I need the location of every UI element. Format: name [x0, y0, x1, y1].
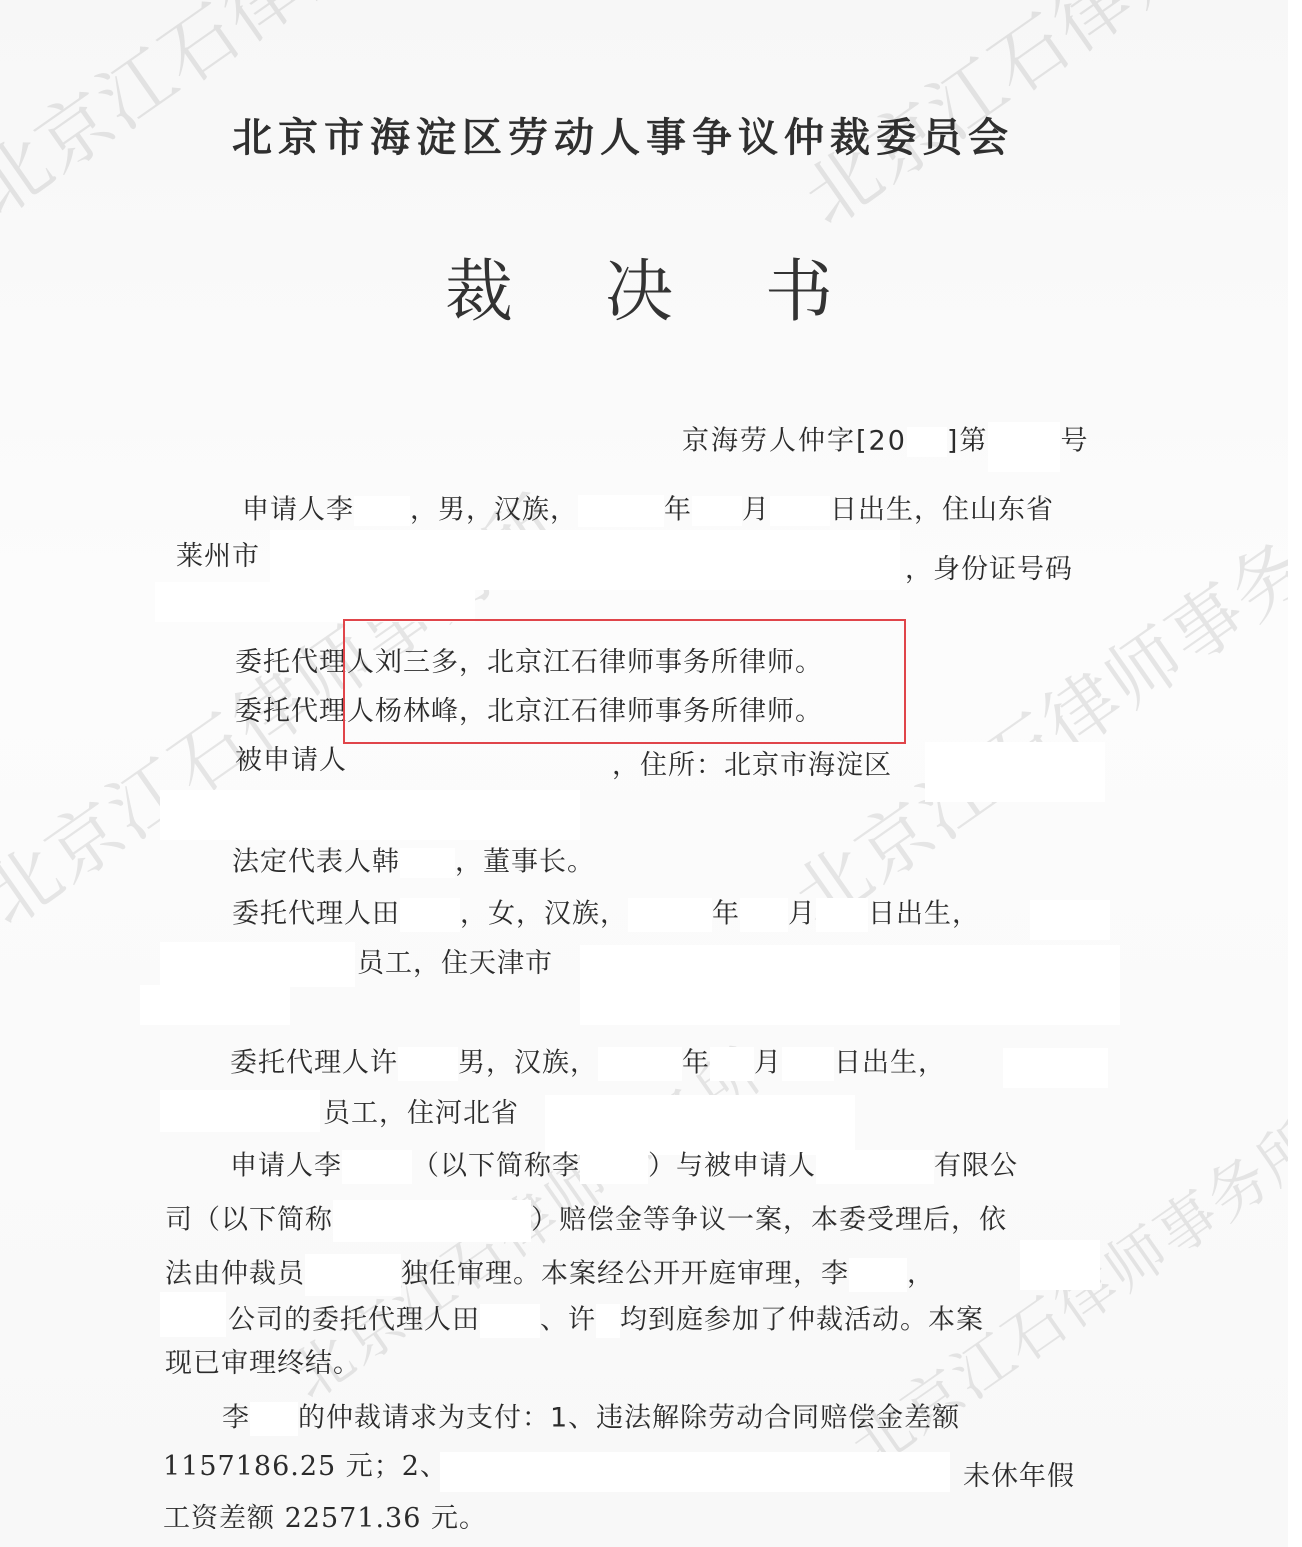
redaction [692, 496, 742, 526]
legal-representative: 法定代表人韩，董事长。 [232, 848, 595, 878]
body-para1-line-2: 司（以下简称）赔偿金等争议一案，本委受理后，依 [165, 1200, 1007, 1242]
body-para1-line-1: 申请人李（以下简称李）与被申请人有限公 [230, 1150, 1018, 1184]
redaction [816, 898, 868, 932]
redaction [710, 1047, 754, 1081]
redaction [580, 1150, 648, 1184]
body-para2-unpaid-leave: 未休年假 [963, 1463, 1075, 1490]
issuing-authority: 北京市海淀区劳动人事争议仲裁委员会 [232, 106, 1014, 163]
body-para2-line-2: 1157186.25 元；2、 [163, 1453, 448, 1480]
redaction [160, 1292, 226, 1337]
respondent-line: 被申请人 [235, 747, 347, 774]
redaction [480, 1304, 540, 1338]
case-number-suffix: 号 [1060, 426, 1089, 457]
respondent-agent-tian-line-1: 委托代理人田，女，汉族，年月日出生， [232, 898, 980, 932]
redaction [740, 898, 788, 932]
redaction [988, 422, 1060, 472]
respondent-agent-xu-line-1: 委托代理人许男，汉族，年月日出生， [230, 1047, 946, 1081]
redaction [925, 742, 1105, 802]
document-title-char: 决 [605, 238, 673, 335]
redaction [140, 985, 290, 1025]
redaction [1030, 900, 1110, 940]
body-para2-line-1: 李的仲裁请求为支付：1、违法解除劳动合同赔偿金差额 [222, 1402, 960, 1436]
redaction [440, 1452, 950, 1492]
respondent-agent-xu-line-2: 员工，住河北省 [323, 1100, 519, 1127]
case-number-mid: ]第 [947, 426, 989, 457]
applicant-line-1: 申请人李，男，汉族，年月日出生，住山东省 [242, 495, 1054, 527]
redaction [1020, 1240, 1100, 1290]
case-number: 京海劳人仲字[20]第号 [682, 412, 1089, 472]
redaction [305, 1254, 401, 1296]
respondent-address: ，住所：北京市海淀区 [612, 752, 892, 779]
document-page: 北京江石律师事务所 北京江石律师事务所 北京江石律师事务所 北京江石律师事务所 … [0, 0, 1302, 1547]
redaction [782, 1047, 834, 1081]
body-para2-line-3: 工资差额 22571.36 元。 [163, 1505, 487, 1532]
body-para1-line-4: 公司的委托代理人田、许均到庭参加了仲裁活动。本案 [228, 1304, 984, 1338]
redaction [333, 1200, 531, 1242]
respondent-agent-tian-line-2: 员工，住天津市 [357, 950, 553, 977]
redaction [598, 1047, 682, 1081]
redaction [398, 1047, 458, 1081]
page-edge [1288, 0, 1302, 1547]
redaction [770, 496, 830, 526]
redaction [250, 1402, 298, 1436]
body-para1-line-3: 法由仲裁员独任审理。本案经公开开庭审理，李， [165, 1254, 935, 1296]
body-para1-line-5: 现已审理终结。 [165, 1350, 361, 1377]
redaction [270, 530, 900, 590]
redaction [545, 1095, 855, 1155]
case-number-prefix: 京海劳人仲字[20 [682, 426, 907, 457]
redaction [596, 1304, 620, 1338]
redaction [160, 942, 355, 987]
redaction [628, 898, 712, 932]
redaction [816, 1150, 934, 1184]
applicant-line-2: 莱州市 [176, 543, 260, 570]
redaction [849, 1258, 907, 1292]
redaction [160, 790, 580, 840]
redaction [400, 848, 455, 878]
applicant-id-label: ，身份证号码 [905, 556, 1073, 583]
document-title-char: 裁 [445, 238, 513, 335]
redaction [155, 582, 475, 622]
redaction [342, 1150, 412, 1184]
redaction [354, 496, 410, 526]
redaction [1003, 1048, 1108, 1088]
redaction [578, 495, 664, 527]
redaction [400, 898, 460, 932]
document-title-char: 书 [765, 238, 833, 335]
highlight-box [343, 619, 906, 744]
redaction [160, 1090, 320, 1132]
redaction [580, 945, 1120, 1025]
redaction [907, 427, 947, 457]
